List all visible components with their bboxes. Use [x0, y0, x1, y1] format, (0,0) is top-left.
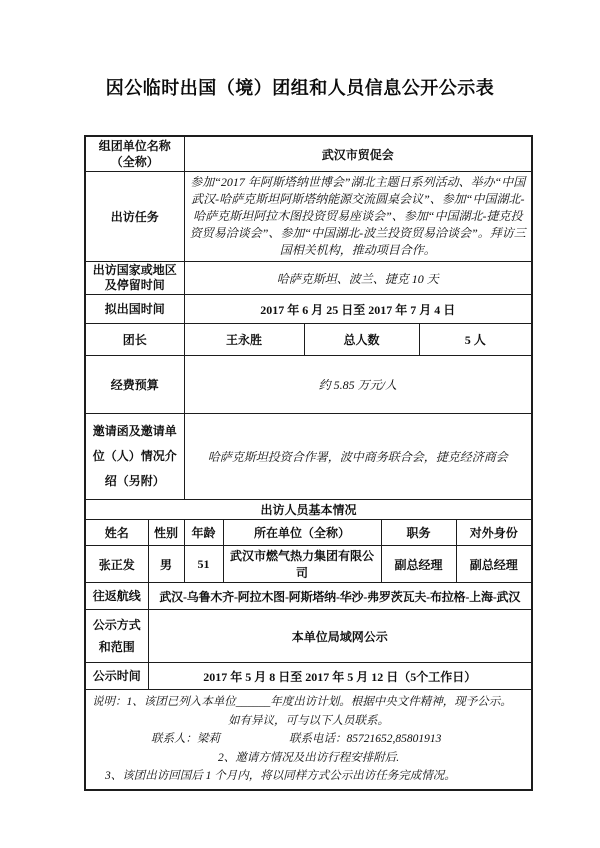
personnel-unit: 武汉市燃气热力集团有限公司	[223, 546, 381, 583]
publicity-time-value: 2017 年 5 月 8 日至 2017 年 5 月 12 日（5个工作日）	[148, 663, 532, 690]
row-mission: 出访任务 参加“2017 年阿斯塔纳世博会”湖北主题日系列活动、举办“中国武汉-…	[85, 172, 532, 262]
publicity-time-label: 公示时间	[85, 663, 148, 690]
route-label: 往返航线	[85, 583, 148, 610]
mission-value: 参加“2017 年阿斯塔纳世博会”湖北主题日系列活动、举办“中国武汉-哈萨克斯坦…	[184, 172, 532, 262]
personnel-name: 张正发	[85, 546, 148, 583]
note-line-2: 如有异议，可与以下人员联系。	[89, 712, 528, 731]
row-budget: 经费预算 约 5.85 万元/人	[85, 356, 532, 414]
personnel-row: 张正发 男 51 武汉市燃气热力集团有限公司 副总经理 副总经理	[85, 546, 532, 583]
dates-value: 2017 年 6 月 25 日至 2017 年 7 月 4 日	[184, 295, 532, 324]
countries-label: 出访国家或地区及停留时间	[85, 262, 184, 295]
row-countries: 出访国家或地区及停留时间 哈萨克斯坦、波兰、捷克 10 天	[85, 262, 532, 295]
row-org: 组团单位名称（全称） 武汉市贸促会	[85, 136, 532, 172]
countries-value: 哈萨克斯坦、波兰、捷克 10 天	[184, 262, 532, 295]
row-route: 往返航线 武汉-乌鲁木齐-阿拉木图-阿斯塔纳-华沙-弗罗茨瓦夫-布拉格-上海-武…	[85, 583, 532, 610]
budget-value: 约 5.85 万元/人	[184, 356, 532, 414]
publicity-scope-label: 公示方式和范围	[85, 610, 148, 663]
dates-label: 拟出国时间	[85, 295, 184, 324]
personnel-header-external-identity: 对外身份	[456, 520, 532, 546]
row-notes: 说明：1、该团已列入本单位______年度出访计划。根据中央文件精神，现予公示。…	[85, 690, 532, 790]
personnel-section-title: 出访人员基本情况	[85, 500, 532, 520]
personnel-header-unit: 所在单位（全称）	[223, 520, 381, 546]
note-line-5: 3、该团出访回国后 1 个月内，将以同样方式公示出访任务完成情况。	[89, 767, 528, 786]
personnel-gender: 男	[148, 546, 184, 583]
personnel-header-name: 姓名	[85, 520, 148, 546]
route-value: 武汉-乌鲁木齐-阿拉木图-阿斯塔纳-华沙-弗罗茨瓦夫-布拉格-上海-武汉	[148, 583, 532, 610]
personnel-header-gender: 性别	[148, 520, 184, 546]
personnel-age: 51	[184, 546, 223, 583]
org-label: 组团单位名称（全称）	[85, 136, 184, 172]
personnel-header-age: 年龄	[184, 520, 223, 546]
row-personnel-section: 出访人员基本情况	[85, 500, 532, 520]
personnel-external-identity: 副总经理	[456, 546, 532, 583]
document-page: 因公临时出国（境）团组和人员信息公开公示表 组团单位名称（全称） 武汉市贸促会 …	[0, 0, 600, 848]
org-value: 武汉市贸促会	[184, 136, 532, 172]
disclosure-form-table: 组团单位名称（全称） 武汉市贸促会 出访任务 参加“2017 年阿斯塔纳世博会”…	[84, 135, 533, 791]
page-title: 因公临时出国（境）团组和人员信息公开公示表	[0, 74, 600, 100]
row-dates: 拟出国时间 2017 年 6 月 25 日至 2017 年 7 月 4 日	[85, 295, 532, 324]
mission-label: 出访任务	[85, 172, 184, 262]
note-line-1: 说明：1、该团已列入本单位______年度出访计划。根据中央文件精神，现予公示。	[89, 693, 528, 712]
row-publicity-time: 公示时间 2017 年 5 月 8 日至 2017 年 5 月 12 日（5个工…	[85, 663, 532, 690]
leader-label: 团长	[85, 324, 184, 356]
row-invitation: 邀请函及邀请单位（人）情况介绍（另附） 哈萨克斯坦投资合作署，波中商务联合会，捷…	[85, 414, 532, 500]
row-personnel-headers: 姓名 性别 年龄 所在单位（全称） 职务 对外身份	[85, 520, 532, 546]
invitation-label: 邀请函及邀请单位（人）情况介绍（另附）	[85, 414, 184, 500]
leader-value: 王永胜	[184, 324, 304, 356]
row-leader: 团长 王永胜 总人数 5 人	[85, 324, 532, 356]
row-publicity-scope: 公示方式和范围 本单位局域网公示	[85, 610, 532, 663]
personnel-position: 副总经理	[381, 546, 456, 583]
note-line-3: 联系人：梁莉 联系电话：85721652,85801913	[89, 730, 528, 749]
headcount-value: 5 人	[419, 324, 532, 356]
publicity-scope-value: 本单位局域网公示	[148, 610, 532, 663]
notes-block: 说明：1、该团已列入本单位______年度出访计划。根据中央文件精神，现予公示。…	[85, 690, 532, 790]
budget-label: 经费预算	[85, 356, 184, 414]
note-line-4: 2、邀请方情况及出访行程安排附后.	[89, 749, 528, 768]
invitation-value: 哈萨克斯坦投资合作署，波中商务联合会，捷克经济商会	[184, 414, 532, 500]
headcount-label: 总人数	[304, 324, 419, 356]
personnel-header-position: 职务	[381, 520, 456, 546]
